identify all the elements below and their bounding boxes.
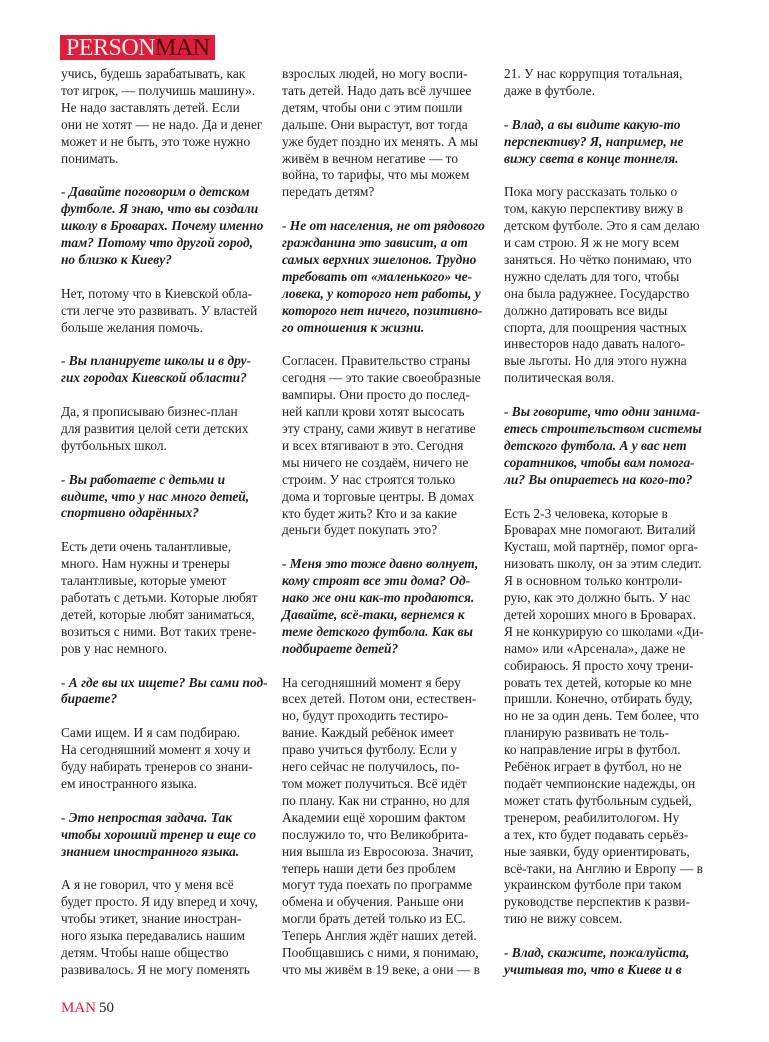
text-line: передать детям?: [282, 184, 494, 201]
text-line: детского футбола. А у вас нет: [504, 438, 716, 455]
text-line: вижу света в конце тоннеля.: [504, 151, 716, 168]
text-line: буду набирать тренеров со знани-: [61, 759, 273, 776]
text-line: живём в вечном негативе — то: [282, 151, 494, 168]
text-line: - Не от населения, не от рядового: [282, 218, 494, 235]
text-line: детям, чтобы они с этим пошли: [282, 100, 494, 117]
text-line: эту страну, сами живут в негативе: [282, 421, 494, 438]
interview-question: - Влад, а вы видите какую-топерспективу?…: [504, 117, 716, 168]
text-line: самых верхних эшелонов. Трудно: [282, 252, 494, 269]
text-line: ния вышла из Евросоюза. Значит,: [282, 844, 494, 861]
text-line: вание. Каждый ребёнок имеет: [282, 725, 494, 742]
text-line: кому строят все эти дома? Од-: [282, 573, 494, 590]
text-line: Теперь Англия ждёт наших детей.: [282, 928, 494, 945]
text-line: требовать от «маленького» че-: [282, 269, 494, 286]
text-line: которого нет ничего, позитивно-: [282, 303, 494, 320]
interview-answer: взрослых людей, но могу воспи-тать детей…: [282, 66, 494, 201]
interview-question: - Меня это тоже давно волнует,кому строя…: [282, 556, 494, 657]
text-line: взрослых людей, но могу воспи-: [282, 66, 494, 83]
text-line: политическая воля.: [504, 370, 716, 387]
text-line: Не надо заставлять детей. Если: [61, 100, 273, 117]
text-line: етесь строительством системы: [504, 421, 716, 438]
text-line: гих городах Киевской области?: [61, 370, 273, 387]
text-line: Давайте, всё-таки, вернемся к: [282, 607, 494, 624]
text-line: должно датировать все виды: [504, 303, 716, 320]
interview-answer: Есть дети очень талантливые,много. Нам н…: [61, 539, 273, 657]
section-title-man: MAN: [155, 35, 210, 61]
text-line: бираете?: [61, 691, 273, 708]
text-line: - Вы говорите, что одни занима-: [504, 404, 716, 421]
interview-answer: Сами ищем. И я сам подбираю.На сегодняшн…: [61, 725, 273, 793]
text-line: футбольных школ.: [61, 438, 273, 455]
interview-question: - Давайте поговорим о детскомфутболе. Я …: [61, 184, 273, 269]
text-line: даже в футболе.: [504, 83, 716, 100]
text-line: понимать.: [61, 151, 273, 168]
text-line: талантливые, которые умеют: [61, 573, 273, 590]
text-line: ем иностранного языка.: [61, 776, 273, 793]
text-line: футболе. Я знаю, что вы создали: [61, 201, 273, 218]
page-number: 50: [99, 1000, 114, 1016]
text-line: - Меня это тоже давно волнует,: [282, 556, 494, 573]
interview-question: - Вы работаете с детьми ивидите, что у н…: [61, 472, 273, 523]
text-line: учитывая то, что в Киеве и в: [504, 962, 716, 979]
interview-question: - Не от населения, не от рядовогограждан…: [282, 218, 494, 336]
interview-question: - Это непростая задача. Такчтобы хороший…: [61, 810, 273, 861]
text-line: Броварах мне помогают. Виталий: [504, 522, 716, 539]
interview-answer: Да, я прописываю бизнес-пландля развития…: [61, 404, 273, 455]
text-line: Да, я прописываю бизнес-план: [61, 404, 273, 421]
text-line: На сегодняшний момент я хочу и: [61, 742, 273, 759]
text-line: что мы живём в 19 веке, а они — в: [282, 962, 494, 979]
text-line: - Давайте поговорим о детском: [61, 184, 273, 201]
section-title-person: PERSON: [66, 35, 155, 61]
text-line: она была радужнее. Государство: [504, 286, 716, 303]
text-line: гражданина это зависит, а от: [282, 235, 494, 252]
text-line: может и не быть, это тоже нужно: [61, 134, 273, 151]
text-line: сти легче это развивать. У властей: [61, 303, 273, 320]
text-line: деньги будет покупать это?: [282, 522, 494, 539]
text-line: знанием иностранного языка.: [61, 844, 273, 861]
text-line: Есть 2-3 человека, которые в: [504, 506, 716, 523]
text-line: вампиры. Они просто до послед-: [282, 387, 494, 404]
text-line: больше желания помочь.: [61, 320, 273, 337]
interview-answer: Согласен. Правительство странысегодня — …: [282, 353, 494, 539]
article-column-3: 21. У нас коррупция тотальная,даже в фут…: [504, 66, 716, 996]
text-line: заняться. Но чётко понимаю, что: [504, 252, 716, 269]
text-line: том, какую перспективу вижу в: [504, 201, 716, 218]
text-line: Нет, потому что в Киевской обла-: [61, 286, 273, 303]
text-line: спорта, для поощрения частных: [504, 320, 716, 337]
text-line: Согласен. Правительство страны: [282, 353, 494, 370]
text-line: Академии ещё хорошим фактом: [282, 810, 494, 827]
text-line: го отношения к жизни.: [282, 320, 494, 337]
text-line: ли? Вы опираетесь на кого-то?: [504, 472, 716, 489]
text-line: и сам строю. Я ж не могу всем: [504, 235, 716, 252]
text-line: могут туда поехать по программе: [282, 877, 494, 894]
text-line: сегодня — это такие своеобразные: [282, 370, 494, 387]
interview-question: - А где вы их ищете? Вы сами под-бираете…: [61, 675, 273, 709]
interview-answer: 21. У нас коррупция тотальная,даже в фут…: [504, 66, 716, 100]
interview-answer: Пока могу рассказать только отом, какую …: [504, 184, 716, 387]
text-line: соратников, чтобы вам помога-: [504, 455, 716, 472]
text-line: Я не конкурирую со школами «Ди-: [504, 624, 716, 641]
text-line: Ребёнок играет в футбол, но не: [504, 759, 716, 776]
text-line: но близко к Киеву?: [61, 252, 273, 269]
text-line: по плану. Как ни странно, но для: [282, 793, 494, 810]
text-line: рую, как это должно быть. У нас: [504, 590, 716, 607]
text-line: может стать футбольным судьей,: [504, 793, 716, 810]
text-line: теперь наши дети без проблем: [282, 861, 494, 878]
text-line: много. Нам нужны и тренеры: [61, 556, 273, 573]
text-line: Пообщавшись с ними, я понимаю,: [282, 945, 494, 962]
footer-brand: MAN: [61, 1000, 96, 1016]
text-line: - А где вы их ищете? Вы сами под-: [61, 675, 273, 692]
text-line: возиться с ними. Вот таких трене-: [61, 624, 273, 641]
text-line: подбираете детей?: [282, 641, 494, 658]
interview-answer: Нет, потому что в Киевской обла-сти легч…: [61, 286, 273, 337]
text-line: могли брать детей только из ЕС.: [282, 911, 494, 928]
text-line: ровать тех детей, которые ко мне: [504, 675, 716, 692]
text-line: школу в Броварах. Почему именно: [61, 218, 273, 235]
text-line: перспективу? Я, например, не: [504, 134, 716, 151]
text-line: низовать школу, он за этим следит.: [504, 556, 716, 573]
text-line: но не за один день. Тем более, что: [504, 708, 716, 725]
text-line: кто будет жить? Кто и за какие: [282, 506, 494, 523]
interview-question: - Вы говорите, что одни занима-етесь стр…: [504, 404, 716, 489]
text-line: ней капли крови хотят высосать: [282, 404, 494, 421]
text-line: война, то тарифы, что мы можем: [282, 167, 494, 184]
text-line: том может получиться. Всё идёт: [282, 776, 494, 793]
text-line: Есть дети очень талантливые,: [61, 539, 273, 556]
text-line: тот игрок, — получишь машину».: [61, 83, 273, 100]
text-line: намо» или «Арсенала», даже не: [504, 641, 716, 658]
text-line: детей, которые любят заниматься,: [61, 607, 273, 624]
text-line: вые льготы. Но для этого нужна: [504, 353, 716, 370]
text-line: 21. У нас коррупция тотальная,: [504, 66, 716, 83]
text-line: обмена и обучения. Раньше они: [282, 894, 494, 911]
text-line: там? Потому что другой город,: [61, 235, 273, 252]
article-column-2: взрослых людей, но могу воспи-тать детей…: [282, 66, 494, 996]
text-line: тию не вижу совсем.: [504, 911, 716, 928]
text-line: На сегодняшний момент я беру: [282, 675, 494, 692]
text-line: уже будет поздно их менять. А мы: [282, 134, 494, 151]
text-line: планирую развивать не толь-: [504, 725, 716, 742]
text-line: детском футболе. Это я сам делаю: [504, 218, 716, 235]
text-line: руководстве перспектив к разви-: [504, 894, 716, 911]
interview-question: - Влад, скажите, пожалуйста,учитывая то,…: [504, 945, 716, 979]
text-line: будет просто. Я иду вперед и хочу,: [61, 894, 273, 911]
text-line: строим. У нас строятся только: [282, 472, 494, 489]
text-line: украинском футболе при таком: [504, 877, 716, 894]
text-line: Пока могу рассказать только о: [504, 184, 716, 201]
text-line: - Вы планируете школы и в дру-: [61, 353, 273, 370]
text-line: - Влад, а вы видите какую-то: [504, 117, 716, 134]
text-line: Сами ищем. И я сам подбираю.: [61, 725, 273, 742]
text-line: учись, будешь зарабатывать, как: [61, 66, 273, 83]
text-line: мы ничего не создаём, ничего не: [282, 455, 494, 472]
text-line: но, будут проходить тестиро-: [282, 708, 494, 725]
text-line: - Это непростая задача. Так: [61, 810, 273, 827]
text-line: - Вы работаете с детьми и: [61, 472, 273, 489]
text-line: для развития целой сети детских: [61, 421, 273, 438]
interview-answer: А я не говорил, что у меня всёбудет прос…: [61, 877, 273, 978]
text-line: нако же они как-то продаются.: [282, 590, 494, 607]
text-line: теме детского футбола. Как вы: [282, 624, 494, 641]
text-line: детям. Чтобы наше общество: [61, 945, 273, 962]
interview-answer: На сегодняшний момент я берувсех детей. …: [282, 675, 494, 979]
text-line: ные заявки, буду ориентировать,: [504, 844, 716, 861]
text-line: Кусташ, мой партнёр, помог орга-: [504, 539, 716, 556]
text-line: детей хороших много в Броварах.: [504, 607, 716, 624]
text-line: чтобы этикет, знание иностран-: [61, 911, 273, 928]
page-footer: MAN50: [61, 999, 114, 1017]
magazine-section-header: PERSONMAN: [60, 35, 215, 60]
text-line: право учиться футболу. Если у: [282, 742, 494, 759]
text-line: чтобы хороший тренер и еще со: [61, 827, 273, 844]
interview-answer: Есть 2-3 человека, которые вБроварах мне…: [504, 506, 716, 929]
text-line: дальше. Они вырастут, вот тогда: [282, 117, 494, 134]
text-line: ко направление игры в футбол.: [504, 742, 716, 759]
text-line: собираюсь. Я просто хочу трени-: [504, 658, 716, 675]
text-line: инвесторов надо давать налого-: [504, 336, 716, 353]
text-line: видите, что у нас много детей,: [61, 489, 273, 506]
text-line: ного языка передавались нашим: [61, 928, 273, 945]
text-line: тать детей. Надо дать всё лучшее: [282, 83, 494, 100]
text-line: всех детей. Потом они, естествен-: [282, 691, 494, 708]
text-line: ров у нас немного.: [61, 641, 273, 658]
article-column-1: учись, будешь зарабатывать, кактот игрок…: [61, 66, 273, 996]
text-line: развивалось. Я не могу поменять: [61, 962, 273, 979]
text-line: ловека, у которого нет работы, у: [282, 286, 494, 303]
text-line: нужно сделать для того, чтобы: [504, 269, 716, 286]
text-line: послужило то, что Великобрита-: [282, 827, 494, 844]
text-line: тренером, реабилитологом. Ну: [504, 810, 716, 827]
text-line: они не хотят — не надо. Да и денег: [61, 117, 273, 134]
text-line: и всех втягивают в это. Сегодня: [282, 438, 494, 455]
text-line: подаёт чемпионские надежды, он: [504, 776, 716, 793]
text-line: А я не говорил, что у меня всё: [61, 877, 273, 894]
text-line: него сейчас не получилось, по-: [282, 759, 494, 776]
text-line: всё-таки, на Англию и Европу — в: [504, 861, 716, 878]
text-line: спортивно одарённых?: [61, 505, 273, 522]
text-line: а тех, кто будет подавать серьёз-: [504, 827, 716, 844]
text-line: Я в основном только контроли-: [504, 573, 716, 590]
text-line: - Влад, скажите, пожалуйста,: [504, 945, 716, 962]
text-line: дома и торговые центры. В домах: [282, 489, 494, 506]
text-line: пришли. Конечно, отбирать буду,: [504, 691, 716, 708]
interview-question: - Вы планируете школы и в дру-гих города…: [61, 353, 273, 387]
text-line: работать с детьми. Которые любят: [61, 590, 273, 607]
interview-answer: учись, будешь зарабатывать, кактот игрок…: [61, 66, 273, 167]
